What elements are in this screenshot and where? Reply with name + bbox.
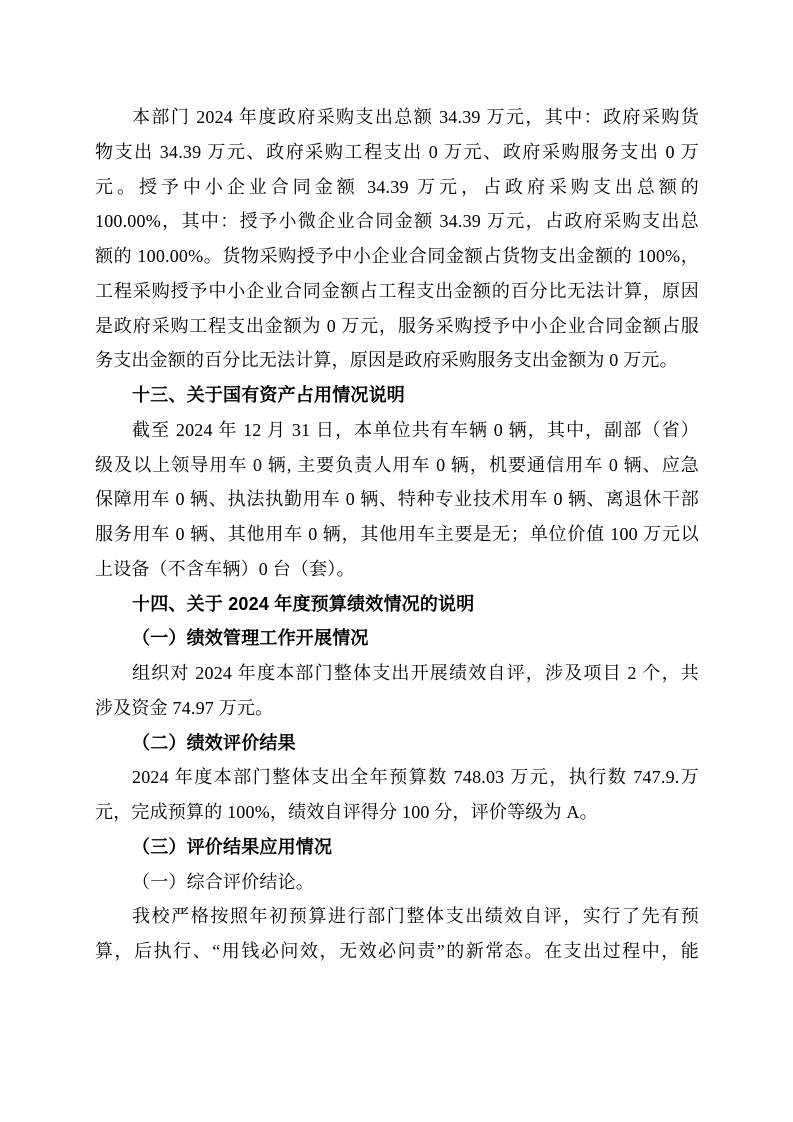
text-line: 物支出 34.39 万元、政府采购工程支出 0 万元、政府采购服务支出 0 万 [95, 135, 699, 170]
text-line: 是政府采购工程支出金额为 0 万元，服务采购授予中小企业合同金额占服 [95, 309, 699, 344]
text-line: 组织对 2024 年度本部门整体支出开展绩效自评，涉及项目 2 个，共 [95, 656, 699, 691]
text-line: 额的 100.00%。货物采购授予中小企业合同金额占货物支出金额的 100%， [95, 239, 699, 274]
text-line: 工程采购授予中小企业合同金额占工程支出金额的百分比无法计算，原因 [95, 274, 699, 309]
subsection-heading-1: （一）绩效管理工作开展情况 [95, 621, 699, 656]
document-content: 本部门 2024 年度政府采购支出总额 34.39 万元，其中：政府采购货 物支… [95, 100, 699, 969]
text-line: 2024 年度本部门整体支出全年预算数 748.03 万元，执行数 747.9.… [95, 760, 699, 795]
text-line: 级及以上领导用车 0 辆, 主要负责人用车 0 辆，机要通信用车 0 辆、应急 [95, 448, 699, 483]
text-line: 保障用车 0 辆、执法执勤用车 0 辆、特种专业技术用车 0 辆、离退休干部 [95, 482, 699, 517]
section-heading-14: 十四、关于 2024 年度预算绩效情况的说明 [95, 587, 699, 622]
subsection-heading-3: （三）评价结果应用情况 [95, 830, 699, 865]
text-line: 截至 2024 年 12 月 31 日，本单位共有车辆 0 辆，其中，副部（省） [95, 413, 699, 448]
text-line: 100.00%，其中：授予小微企业合同金额 34.39 万元，占政府采购支出总 [95, 204, 699, 239]
section-heading-13: 十三、关于国有资产占用情况说明 [95, 378, 699, 413]
text-line: 务支出金额的百分比无法计算，原因是政府采购服务支出金额为 0 万元。 [95, 343, 699, 378]
text-line: （一）综合评价结论。 [95, 865, 699, 900]
text-line: 元。授予中小企业合同金额 34.39 万元，占政府采购支出总额的 [95, 170, 699, 205]
text-line: 我校严格按照年初预算进行部门整体支出绩效自评，实行了先有预 [95, 899, 699, 934]
text-line: 上设备（不含车辆）0 台（套）。 [95, 552, 699, 587]
text-line: 涉及资金 74.97 万元。 [95, 691, 699, 726]
text-line: 本部门 2024 年度政府采购支出总额 34.39 万元，其中：政府采购货 [95, 100, 699, 135]
text-line: 算，后执行、“用钱必问效，无效必问责”的新常态。在支出过程中，能 [95, 934, 699, 969]
subsection-heading-2: （二）绩效评价结果 [95, 726, 699, 761]
document-page: 本部门 2024 年度政府采购支出总额 34.39 万元，其中：政府采购货 物支… [0, 0, 793, 1122]
text-line: 服务用车 0 辆、其他用车 0 辆，其他用车主要是无；单位价值 100 万元以 [95, 517, 699, 552]
text-line: 元，完成预算的 100%，绩效自评得分 100 分，评价等级为 A。 [95, 795, 699, 830]
